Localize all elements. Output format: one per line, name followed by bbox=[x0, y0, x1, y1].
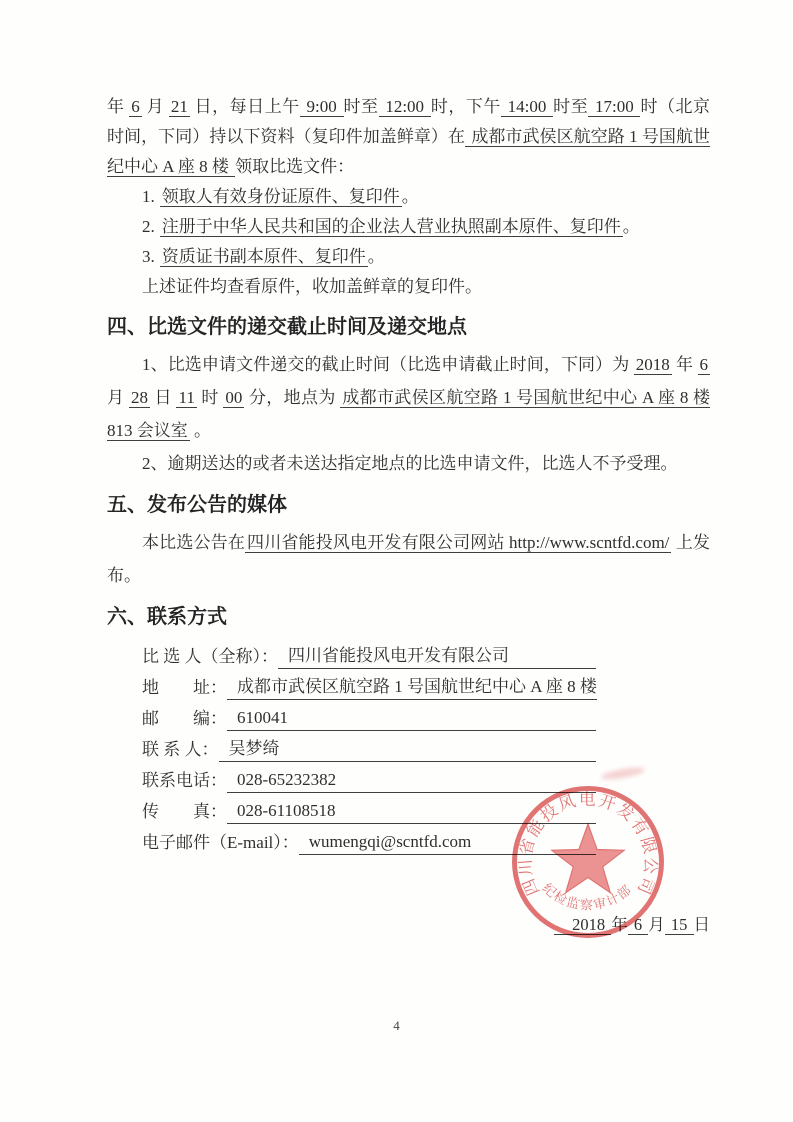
text-run: 日，每日上午 bbox=[190, 97, 300, 116]
text-run: 时至 bbox=[553, 97, 588, 116]
contact-value: 成都市武侯区航空路 1 号国航世纪中心 A 座 8 楼 bbox=[227, 672, 597, 700]
text-run: 15 bbox=[665, 915, 694, 935]
text-run: 6 bbox=[628, 915, 649, 935]
text-run: 月 bbox=[142, 97, 169, 116]
item-number: 2. bbox=[142, 217, 155, 236]
text-run: 14:00 bbox=[501, 97, 553, 117]
page-content: 年 6 月 21 日，每日上午 9:00 时至 12:00 时，下午 14:00… bbox=[107, 0, 710, 939]
item-number: 1. bbox=[142, 187, 155, 206]
section-5-heading: 五、发布公告的媒体 bbox=[107, 490, 710, 520]
item-number: 3. bbox=[142, 247, 155, 266]
text-run: 时至 bbox=[344, 97, 379, 116]
paragraph-announcement-media: 本比选公告在四川省能投风电开发有限公司网站 http://www.scntfd.… bbox=[107, 526, 710, 592]
section-6-heading: 六、联系方式 bbox=[107, 602, 710, 632]
contact-value: 610041 bbox=[227, 708, 596, 731]
text-run: 28 bbox=[129, 388, 150, 408]
text-run: 2018 bbox=[634, 355, 672, 375]
text-run: 11 bbox=[176, 388, 196, 408]
contact-label: 联系电话： bbox=[142, 766, 227, 793]
list-item: 2.注册于中华人民共和国的企业法人营业执照副本原件、复印件。 bbox=[107, 212, 710, 242]
contact-row-email: 电子邮件（E-mail）：wumengqi@scntfd.com bbox=[142, 824, 596, 855]
list-item: 3.资质证书副本原件、复印件。 bbox=[107, 242, 710, 272]
contact-value: 028-61108518 bbox=[227, 801, 596, 824]
text-run: 17:00 bbox=[588, 97, 640, 117]
contact-label: 电子邮件（E-mail）： bbox=[142, 828, 299, 855]
contact-value: 吴梦绮 bbox=[219, 734, 597, 762]
contact-label: 联 系 人： bbox=[142, 735, 219, 762]
document-page: 年 6 月 21 日，每日上午 9:00 时至 12:00 时，下午 14:00… bbox=[0, 0, 793, 1122]
text-run: 月 bbox=[648, 915, 665, 934]
contact-label: 地 址： bbox=[142, 673, 227, 700]
text-run: 00 bbox=[223, 388, 244, 408]
item-text: 注册于中华人民共和国的企业法人营业执照副本原件、复印件 bbox=[160, 217, 623, 237]
text-run: 年 bbox=[672, 355, 698, 374]
item-suffix: 。 bbox=[368, 247, 385, 266]
text-run: 21 bbox=[169, 97, 190, 117]
contact-label: 邮 编： bbox=[142, 704, 227, 731]
contact-label: 传 真： bbox=[142, 797, 227, 824]
text-run: 2018 bbox=[554, 915, 612, 935]
text-run: 分，地点为 bbox=[244, 388, 340, 407]
text-run: 时，下午 bbox=[431, 97, 501, 116]
item-text: 资质证书副本原件、复印件 bbox=[160, 247, 368, 267]
page-number: 4 bbox=[0, 1018, 793, 1034]
text-run: 年 bbox=[611, 915, 628, 934]
paragraph-collection-time: 年 6 月 21 日，每日上午 9:00 时至 12:00 时，下午 14:00… bbox=[107, 92, 710, 182]
contact-row-person: 联 系 人：吴梦绮 bbox=[142, 731, 596, 762]
contact-row-address: 地 址：成都市武侯区航空路 1 号国航世纪中心 A 座 8 楼 bbox=[142, 669, 596, 700]
list-item: 1.领取人有效身份证原件、复印件。 bbox=[107, 182, 710, 212]
text-run: 6 bbox=[698, 355, 711, 375]
text-run: 1、比选申请文件递交的截止时间（比选申请截止时间，下同）为 bbox=[142, 355, 634, 374]
contact-row-fax: 传 真：028-61108518 bbox=[142, 793, 596, 824]
item-suffix: 。 bbox=[402, 187, 419, 206]
signature-date: 2018 年 6 月 15 日 bbox=[107, 911, 710, 939]
contact-value: wumengqi@scntfd.com bbox=[299, 832, 596, 855]
text-run: 6 bbox=[129, 97, 142, 117]
text-run: 领取比选文件： bbox=[235, 157, 354, 176]
contact-label: 比 选 人（全称）： bbox=[142, 642, 278, 669]
text-run: 月 bbox=[107, 388, 129, 407]
paragraph-originals-note: 上述证件均查看原件，收加盖鲜章的复印件。 bbox=[107, 272, 710, 302]
section-4-heading: 四、比选文件的递交截止时间及递交地点 bbox=[107, 312, 710, 342]
contact-block: 比 选 人（全称）：四川省能投风电开发有限公司 地 址：成都市武侯区航空路 1 … bbox=[107, 638, 710, 855]
paragraph-late-delivery: 2、逾期送达的或者未送达指定地点的比选申请文件，比选人不予受理。 bbox=[107, 447, 710, 480]
text-run: 9:00 bbox=[300, 97, 344, 117]
text-run: 本比选公告在 bbox=[142, 533, 245, 552]
contact-value: 028-65232382 bbox=[227, 770, 596, 793]
item-text: 领取人有效身份证原件、复印件 bbox=[160, 187, 402, 207]
text-run: 12:00 bbox=[379, 97, 431, 117]
text-run: 日 bbox=[694, 915, 711, 934]
contact-row-postcode: 邮 编：610041 bbox=[142, 700, 596, 731]
item-suffix: 。 bbox=[623, 217, 640, 236]
text-run: 日 bbox=[150, 388, 177, 407]
text-run: 年 bbox=[107, 97, 129, 116]
text-run: 。 bbox=[190, 421, 211, 440]
text-run: 四川省能投风电开发有限公司网站 http://www.scntfd.com/ bbox=[245, 533, 671, 553]
text-run: 时 bbox=[197, 388, 224, 407]
contact-row-selector-name: 比 选 人（全称）：四川省能投风电开发有限公司 bbox=[142, 638, 596, 669]
contact-row-phone: 联系电话：028-65232382 bbox=[142, 762, 596, 793]
paragraph-deadline: 1、比选申请文件递交的截止时间（比选申请截止时间，下同）为 2018 年 6 月… bbox=[107, 348, 710, 447]
contact-value: 四川省能投风电开发有限公司 bbox=[278, 641, 596, 669]
